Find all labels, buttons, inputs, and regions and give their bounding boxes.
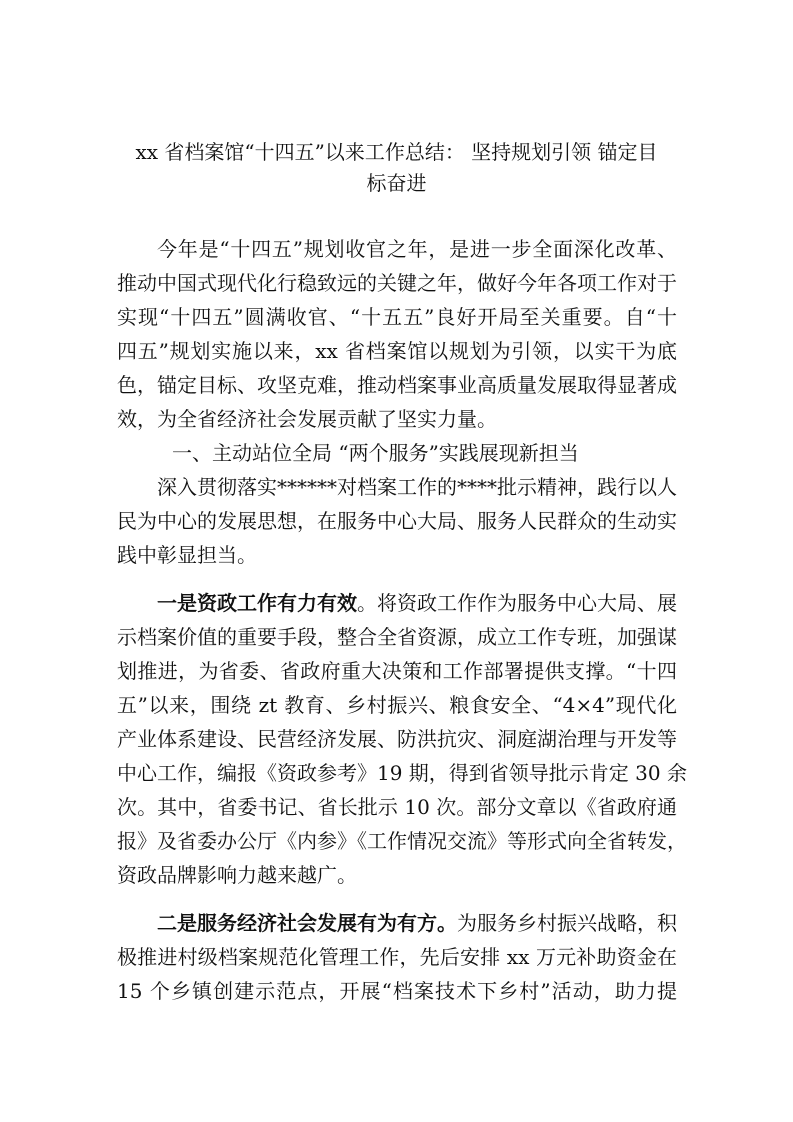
paragraph-3-first-rest: 。将资政工作作为服务中心大局、展 [357,591,677,615]
paragraph-4-bold-lead: 二是服务经济社会发展有为有方。 [157,911,457,935]
paragraph-1-line-6: 效，为全省经济社会发展贡献了坚实力量。 [117,406,677,432]
paragraph-3-bold-lead: 一是资政工作有力有效 [157,591,357,615]
paragraph-4-line-2: 极推进村级档案规范化管理工作，先后安排 xx 万元补助资金在 [117,944,677,970]
paragraph-3-line-3: 划推进，为省委、省政府重大决策和工作部署提供支撑。“十四 [117,658,677,684]
paragraph-3-line-5: 产业体系建设、民营经济发展、防洪抗灾、洞庭湖治理与开发等 [117,726,677,752]
paragraph-2-line-2: 民为中心的发展思想，在服务中心大局、服务人民群众的生动实 [117,508,677,534]
section-heading-1: 一、主动站位全局 “两个服务”实践展现新担当 [172,440,732,466]
paragraph-3-line-9: 资政品牌影响力越来越广。 [117,862,677,888]
paragraph-1-line-3: 实现“十四五”圆满收官、“十五五”良好开局至关重要。自“十 [117,304,677,330]
paragraph-1-line-2: 推动中国式现代化行稳致远的关键之年，做好今年各项工作对于 [117,270,677,296]
paragraph-3-line-8: 报》及省委办公厅《内参》《工作情况交流》等形式向全省转发， [117,828,677,854]
paragraph-1-line-1: 今年是“十四五”规划收官之年，是进一步全面深化改革、 [157,236,677,262]
paragraph-1-line-4: 四五”规划实施以来，xx 省档案馆以规划为引领，以实干为底 [117,338,677,364]
paragraph-1-line-5: 色，锚定目标、攻坚克难，推动档案事业高质量发展取得显著成 [117,372,677,398]
paragraph-2-line-3: 践中彰显担当。 [117,542,677,568]
paragraph-4-line-1: 二是服务经济社会发展有为有方。为服务乡村振兴战略，积 [157,910,677,936]
paragraph-3-line-1: 一是资政工作有力有效。将资政工作作为服务中心大局、展 [157,590,677,616]
document-title-line-1: xx 省档案馆“十四五”以来工作总结： 坚持规划引领 锚定目 [0,139,793,165]
paragraph-2-line-1: 深入贯彻落实******对档案工作的****批示精神，践行以人 [157,474,677,500]
paragraph-3-line-6: 中心工作，编报《资政参考》19 期，得到省领导批示肯定 30 余 [117,760,677,786]
paragraph-4-first-rest: 为服务乡村振兴战略，积 [457,911,677,935]
paragraph-3-line-4: 五”以来，围绕 zt 教育、乡村振兴、粮食安全、“4×4”现代化 [117,692,677,718]
paragraph-3-line-2: 示档案价值的重要手段，整合全省资源，成立工作专班，加强谋 [117,624,677,650]
paragraph-4-line-3: 15 个乡镇创建示范点，开展“档案技术下乡村”活动，助力提 [117,978,677,1004]
document-title-line-2: 标奋进 [0,170,793,196]
paragraph-3-line-7: 次。其中，省委书记、省长批示 10 次。部分文章以《省政府通 [117,794,677,820]
document-page: xx 省档案馆“十四五”以来工作总结： 坚持规划引领 锚定目 标奋进 今年是“十… [0,0,793,1122]
